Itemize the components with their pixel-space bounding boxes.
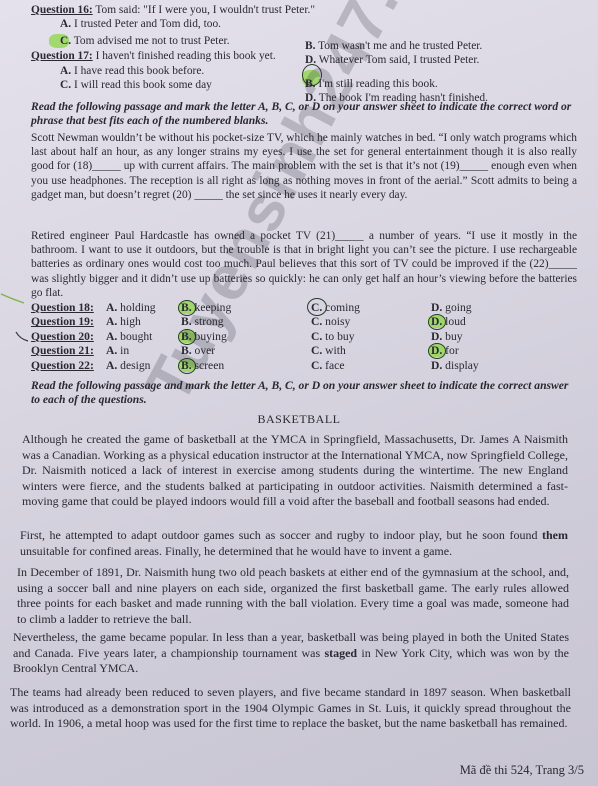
option-a: A. bought	[106, 330, 152, 343]
pen-tick-mark	[0, 292, 26, 310]
page-footer: Mã đề thi 524, Trang 3/5	[460, 763, 584, 778]
option-c: C. face	[311, 359, 344, 372]
q17-option-c: C. I will read this book some day	[60, 79, 212, 92]
option-c: C. with	[311, 344, 346, 357]
passage-paragraph-4: Nevertheless, the game became popular. I…	[13, 630, 569, 677]
passage-paul-hardcastle: Retired engineer Paul Hardcastle has own…	[31, 229, 577, 300]
passage-title: BASKETBALL	[0, 412, 598, 427]
option-d: D. display	[431, 359, 479, 372]
question-16-stem: Question 16: Tom said: "If I were you, I…	[31, 4, 315, 17]
question-label: Question 18:	[31, 301, 94, 314]
pen-tick-mark	[14, 330, 30, 348]
question-stem: I haven't finished reading this book yet…	[96, 50, 276, 62]
passage-paragraph-3: In December of 1891, Dr. Naismith hung t…	[17, 565, 569, 627]
question-label: Question 16:	[31, 4, 93, 16]
instruction-reading: Read the following passage and mark the …	[31, 379, 571, 407]
option-d: D. loud	[431, 315, 466, 328]
question-label: Question 19:	[31, 315, 94, 328]
q16-option-c: C. Tom advised me not to trust Peter.	[60, 35, 230, 48]
option-c: C. to buy	[311, 330, 355, 343]
option-c: C. noisy	[311, 315, 350, 328]
option-a: A. high	[106, 315, 141, 328]
question-label: Question 21:	[31, 344, 94, 357]
passage-paragraph-5: The teams had already been reduced to se…	[10, 685, 571, 732]
q16-option-a: A. I trusted Peter and Tom did, too.	[60, 18, 221, 31]
option-d: D. for	[431, 344, 459, 357]
question-label: Question 22:	[31, 359, 94, 372]
question-label: Question 17:	[31, 50, 93, 62]
question-label: Question 20:	[31, 330, 94, 343]
q17-option-a: A. I have read this book before.	[60, 65, 204, 78]
option-d: D. buy	[431, 330, 463, 343]
bold-word-them: them	[542, 528, 568, 542]
answer-circle-mark	[307, 298, 327, 316]
passage-paragraph-1: Although he created the game of basketba…	[22, 432, 568, 510]
option-a: A. holding	[106, 301, 156, 314]
option-d: D. going	[431, 301, 472, 314]
question-17-stem: Question 17: I haven't finished reading …	[31, 50, 276, 63]
bold-word-staged: staged	[324, 646, 357, 660]
exam-page: Question 16: Tom said: "If I were you, I…	[0, 0, 598, 786]
question-stem: Tom said: "If I were you, I wouldn't tru…	[95, 4, 315, 16]
passage-paragraph-2: First, he attempted to adapt outdoor gam…	[20, 528, 568, 559]
option-a: A. in	[106, 344, 129, 357]
